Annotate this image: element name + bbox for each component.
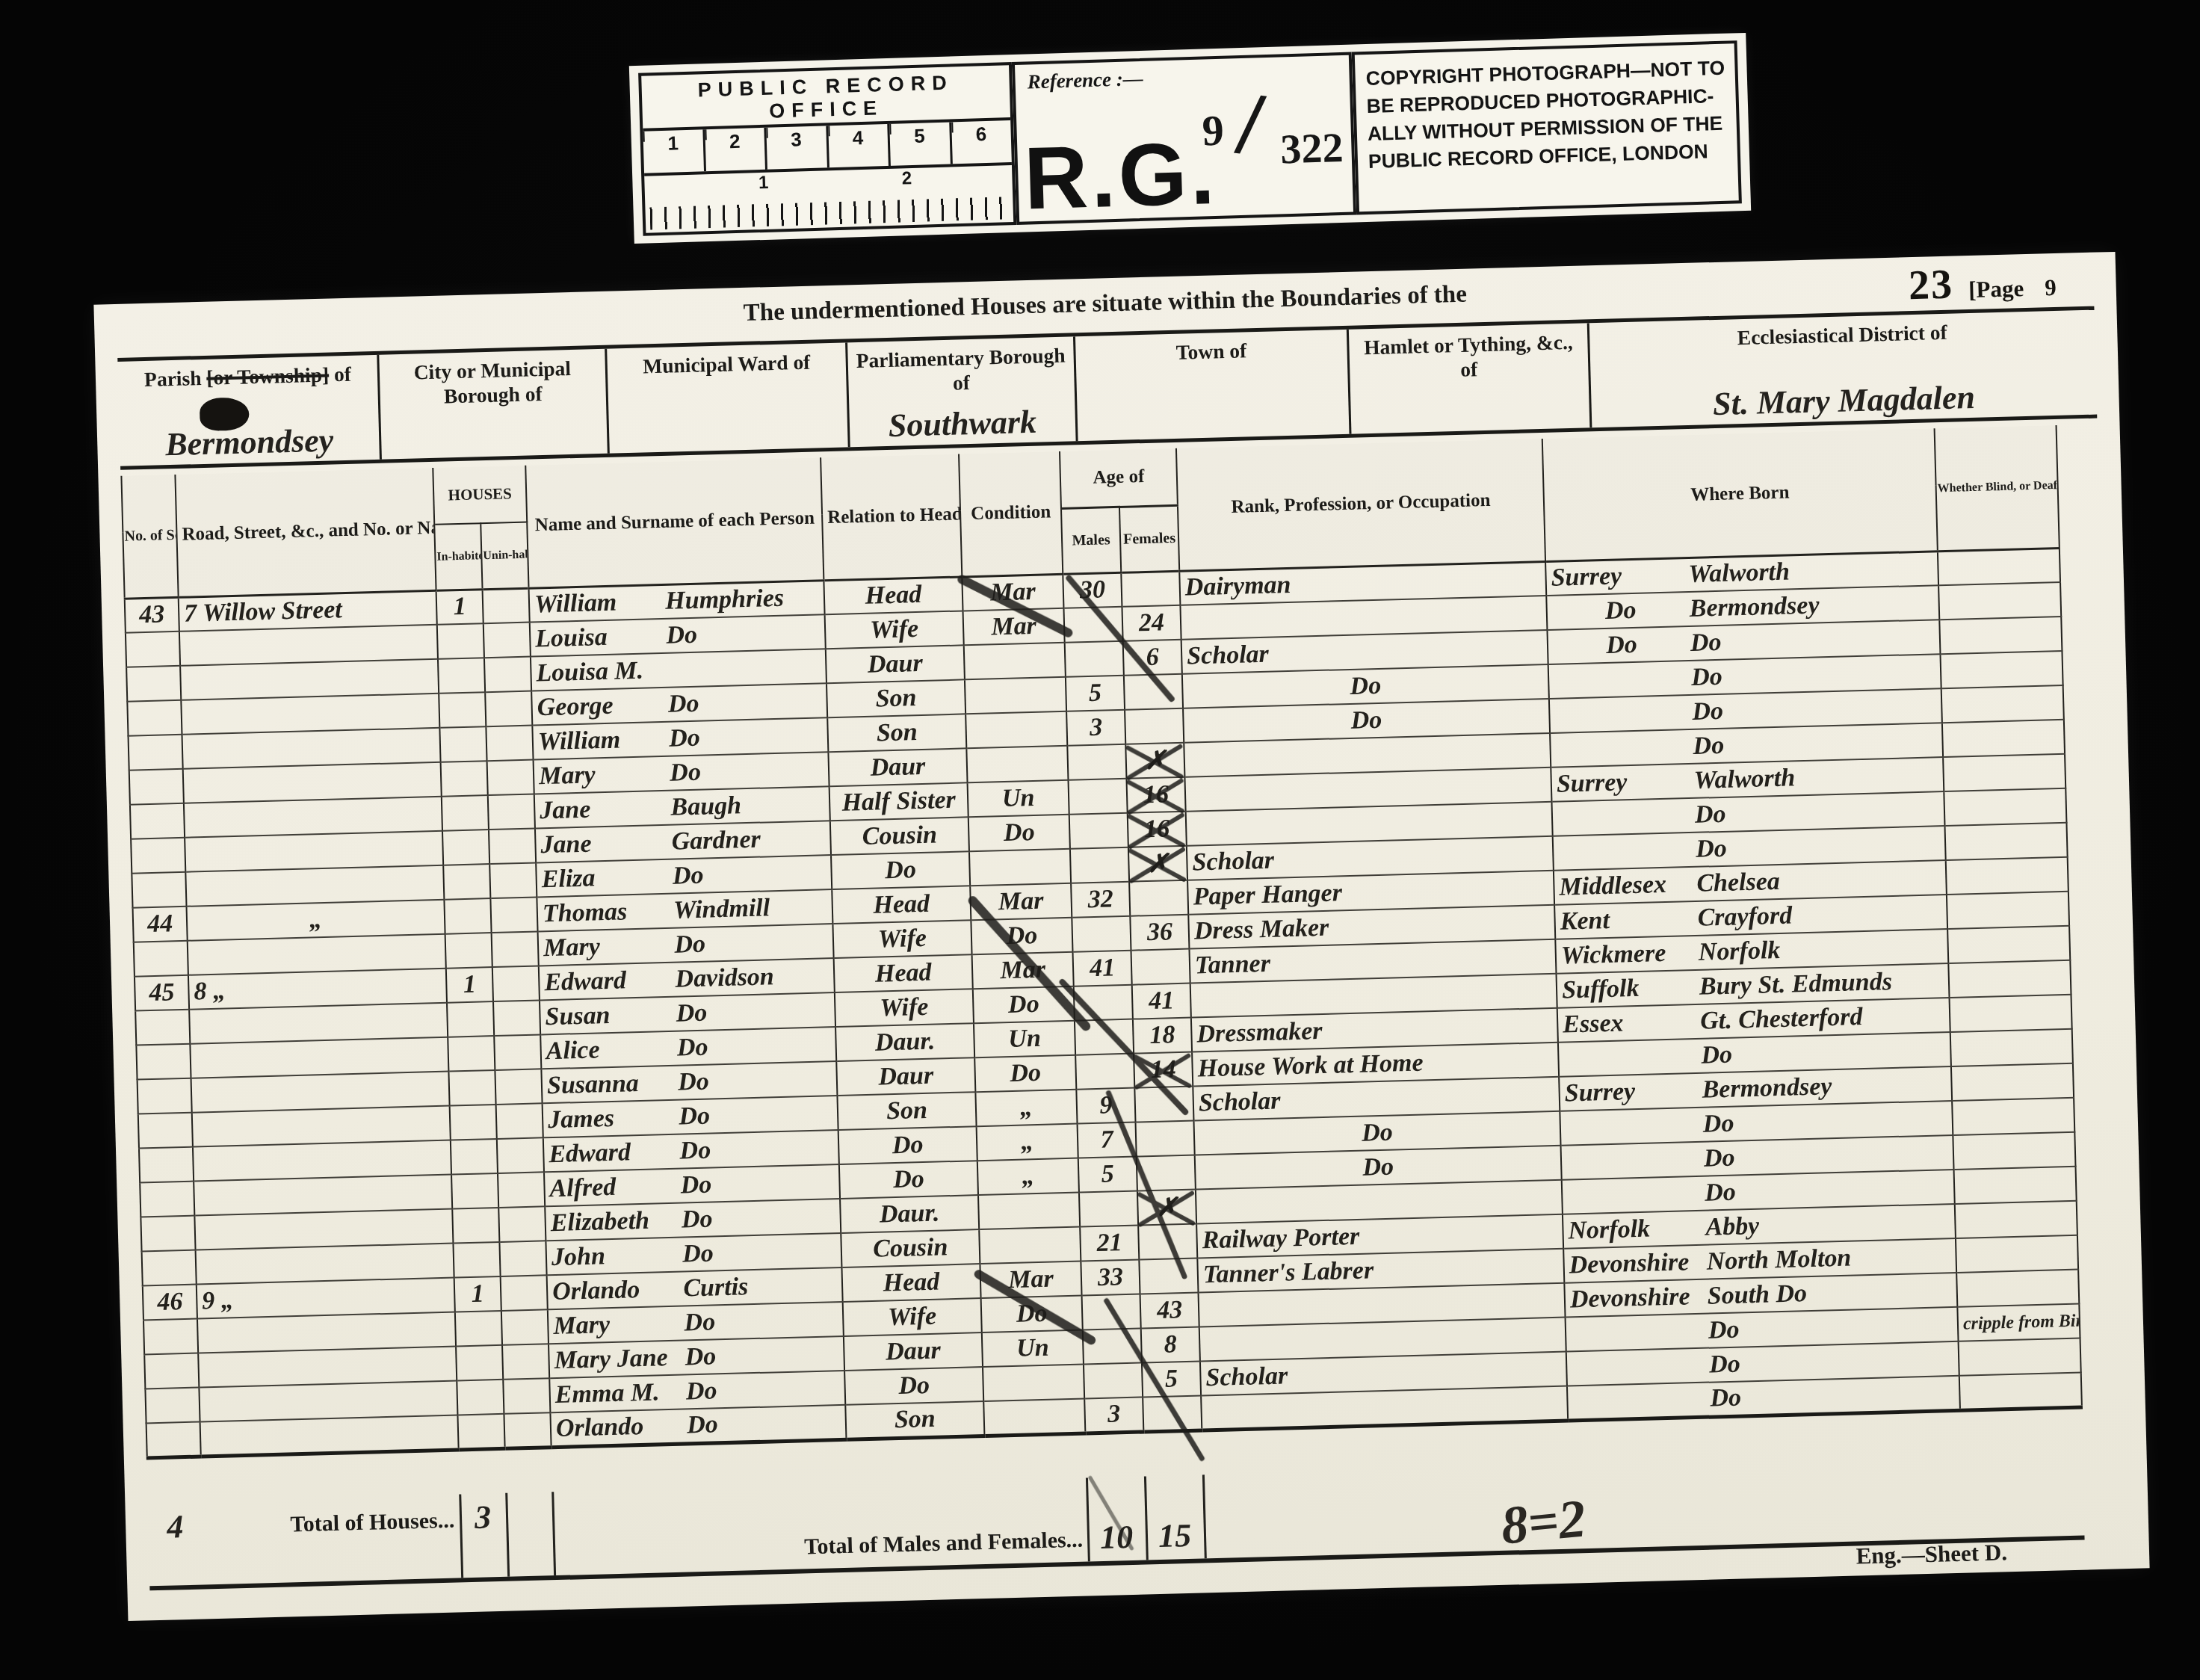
cell-age-female: [1134, 1087, 1193, 1122]
born-county: [1557, 823, 1695, 827]
region-value-handwritten: [382, 452, 608, 458]
cell-infirmity: [1944, 788, 2066, 826]
cell-uninhabited: [496, 1103, 543, 1139]
reference-piece: 9: [1202, 105, 1225, 156]
cell-relation: Daur.: [840, 1195, 979, 1233]
born-county: Wickmere: [1560, 939, 1699, 971]
cell-inhabited: [442, 830, 489, 865]
census-rows: 43 7 Willow Street 1 WilliamHumphries He…: [125, 548, 2082, 1457]
cell-condition: Do: [968, 815, 1070, 852]
born-county: [1559, 857, 1696, 861]
cell-age-male: 30: [1063, 572, 1122, 608]
cell-age-male: [1083, 1329, 1142, 1365]
cell-inhabited: [448, 1036, 495, 1072]
folio-numbers: 23 [Page 9: [1908, 258, 2057, 309]
born-place: Do: [1702, 1110, 1734, 1138]
region-label: Town of: [1075, 336, 1347, 367]
cell-uninhabited: [483, 623, 531, 658]
born-county: Surrey: [1564, 1076, 1702, 1108]
col-header-condition: Condition: [959, 451, 1063, 576]
col-header-schedule: No. of Schedule: [121, 475, 178, 599]
cell-infirmity: [1938, 548, 2060, 585]
born-place: Walworth: [1693, 764, 1795, 794]
cell-schedule: [126, 631, 180, 667]
cell-age-male: 5: [1066, 676, 1125, 711]
region-value-handwritten: Southwark: [849, 401, 1075, 445]
born-place: Bermondsey: [1702, 1072, 1832, 1104]
cell-age-female: 43: [1140, 1292, 1199, 1328]
cell-schedule: [140, 1216, 195, 1252]
cell-condition: Mar: [962, 574, 1063, 611]
census-table: No. of Schedule Road, Street, &c., and N…: [120, 425, 2083, 1460]
cell-schedule: [130, 803, 185, 839]
cell-uninhabited: [493, 1000, 540, 1036]
cell-condition: Un: [982, 1330, 1084, 1368]
cell-condition: [983, 1399, 1085, 1436]
ruler-number: 5: [889, 122, 952, 165]
name-given: Mary: [553, 1309, 685, 1341]
cell-age-female: [1143, 1395, 1202, 1431]
born-county: Norfolk: [1568, 1214, 1706, 1246]
cell-inhabited: 1: [436, 589, 483, 625]
cell-uninhabited: [489, 829, 536, 865]
cell-inhabited: [452, 1208, 499, 1244]
cell-schedule: [146, 1422, 201, 1458]
cell-schedule: [137, 1078, 192, 1114]
name-given: Louisa M.: [536, 656, 667, 688]
cell-condition: [983, 1365, 1084, 1402]
cell-condition: [964, 643, 1066, 680]
cell-uninhabited: [485, 691, 532, 727]
cell-inhabited: [451, 1173, 498, 1209]
cell-uninhabited: [501, 1275, 548, 1311]
total-females-handwritten: 15: [1145, 1516, 1204, 1555]
cell-age-male: 41: [1073, 951, 1132, 986]
cell-relation: Do: [844, 1367, 983, 1405]
cell-condition: Do: [973, 986, 1075, 1024]
born-county: Suffolk: [1562, 973, 1700, 1005]
born-county: Do: [1551, 595, 1690, 627]
cell-relation: Daur: [836, 1057, 975, 1096]
cell-age-female: [1121, 571, 1180, 607]
cell-age-male: 32: [1071, 882, 1130, 918]
cell-infirmity: [1941, 685, 2064, 723]
born-county: [1566, 1132, 1703, 1136]
born-place: Norfolk: [1698, 936, 1780, 966]
region-city-borough: City or Municipal Borough of: [379, 349, 610, 460]
born-place: North Molton: [1706, 1244, 1852, 1276]
cell-schedule: [136, 1044, 191, 1080]
name-surname: Do: [672, 862, 704, 890]
cell-age-female: [1139, 1258, 1198, 1294]
name-given: Susan: [545, 1000, 676, 1032]
name-given: Mary: [543, 931, 675, 963]
cell-infirmity: [1950, 1029, 2073, 1066]
cell-age-female: [1125, 708, 1184, 744]
cell-infirmity: [1946, 857, 2068, 895]
cell-uninhabited: [492, 966, 540, 1001]
col-header-age-group: Age of: [1060, 448, 1178, 508]
cell-condition: Mar: [980, 1261, 1081, 1299]
cell-age-female: [1137, 1155, 1196, 1191]
ruler-number: 2: [705, 128, 767, 171]
cell-age-male: [1075, 1054, 1134, 1090]
cell-condition: [965, 677, 1066, 714]
cell-name: OrlandoDo: [550, 1405, 846, 1447]
col-header-occupation: Rank, Profession, or Occupation: [1176, 439, 1545, 571]
name-given: Susanna: [546, 1069, 678, 1101]
name-given: Edward: [549, 1137, 680, 1170]
total-houses-value-handwritten: 3: [459, 1498, 506, 1537]
cell-condition: Mar: [963, 608, 1065, 646]
name-surname: Davidson: [675, 963, 774, 992]
cell-age-female: 5: [1142, 1361, 1201, 1397]
name-surname: Do: [680, 1170, 712, 1199]
cell-uninhabited: [486, 726, 533, 762]
name-given: Alice: [546, 1034, 677, 1066]
cell-infirmity: [1959, 1338, 2081, 1376]
name-surname: Do: [679, 1102, 711, 1131]
cell-inhabited: [457, 1380, 504, 1415]
name-surname: Humphries: [665, 584, 785, 615]
region-value-handwritten: [1351, 426, 1589, 432]
name-given: William: [537, 725, 669, 757]
cell-uninhabited: [501, 1309, 549, 1345]
cell-infirmity: [1938, 582, 2061, 620]
cell-relation: Son: [827, 714, 966, 752]
cell-inhabited: [439, 726, 486, 762]
name-surname: Do: [676, 1034, 708, 1062]
page-number: 9: [2045, 274, 2057, 300]
col-header-name: Name and Surname of each Person: [525, 457, 824, 587]
cell-schedule: [129, 735, 183, 770]
col-header-inhabited: In-habited: [434, 523, 482, 590]
born-county: [1568, 1201, 1705, 1205]
cell-condition: Un: [974, 1021, 1075, 1058]
cell-infirmity: [1950, 995, 2072, 1032]
ruler-scale-fine: 1 2: [644, 165, 1013, 233]
cell-uninhabited: [488, 794, 535, 830]
name-given: William: [534, 587, 666, 620]
cell-condition: Un: [968, 780, 1069, 818]
cell-age-male: [1063, 607, 1122, 643]
cell-condition: [965, 711, 1067, 749]
cell-condition: [966, 746, 1068, 783]
born-place: Do: [1705, 1179, 1737, 1207]
cell-age-female: 24: [1122, 605, 1181, 641]
cell-uninhabited: [498, 1206, 546, 1242]
cell-age-male: 5: [1078, 1157, 1137, 1193]
cell-condition: „: [977, 1124, 1078, 1161]
name-given: John: [551, 1241, 683, 1273]
cell-inhabited: [438, 658, 485, 694]
cell-schedule: [129, 769, 184, 805]
region-value-handwritten: St. Mary Magdalen: [1591, 375, 2097, 427]
born-place: Crayford: [1697, 902, 1792, 932]
cell-age-male: 3: [1084, 1397, 1143, 1433]
cell-condition: Do: [974, 1055, 1076, 1093]
cell-age-male: [1075, 1019, 1134, 1055]
name-given: James: [548, 1103, 679, 1135]
born-place: Gt. Chesterford: [1700, 1003, 1863, 1035]
born-county: [1564, 1063, 1702, 1067]
born-county: Kent: [1560, 904, 1698, 936]
cell-infirmity: [1955, 1201, 2077, 1238]
cell-inhabited: [442, 795, 489, 831]
cell-relation: Wife: [835, 989, 974, 1027]
cell-schedule: 44: [133, 907, 188, 942]
cell-age-male: [1069, 779, 1128, 815]
cell-age-male: [1079, 1191, 1138, 1227]
cell-age-female: [1138, 1224, 1197, 1260]
cell-relation: Head: [841, 1264, 980, 1302]
cell-age-female: 16: [1128, 812, 1187, 847]
cell-uninhabited: [487, 760, 534, 796]
born-place: Do: [1695, 800, 1727, 829]
cell-infirmity: [1956, 1270, 2079, 1307]
cell-uninhabited: [497, 1137, 544, 1173]
cell-uninhabited: [504, 1412, 551, 1448]
region-label: Hamlet or Tything, &c., of: [1349, 329, 1589, 384]
cell-age-female: [1124, 674, 1183, 710]
cell-inhabited: [444, 898, 491, 934]
cell-age-male: [1065, 641, 1124, 677]
born-place: Bermondsey: [1689, 591, 1820, 623]
name-surname: Windmill: [673, 894, 770, 924]
cell-inhabited: [447, 1001, 494, 1037]
region-value-handwritten: [1078, 433, 1350, 440]
cell-schedule: [144, 1353, 199, 1389]
cell-relation: Son: [837, 1092, 976, 1130]
cell-age-male: 33: [1081, 1260, 1140, 1296]
cell-infirmity: [1945, 823, 2068, 860]
region-value-handwritten: Bermondsey: [120, 420, 380, 465]
cell-uninhabited: [503, 1378, 550, 1414]
cell-relation: Daur: [844, 1332, 983, 1371]
born-place: Do: [1692, 697, 1724, 726]
name-given: Mary: [539, 759, 670, 791]
cell-infirmity: [1942, 720, 2065, 757]
cell-age-female: 6: [1123, 640, 1182, 676]
cell-age-male: 3: [1066, 710, 1125, 746]
ruler-number: 4: [828, 124, 891, 167]
born-county: Do: [1553, 629, 1691, 661]
name-surname: Do: [679, 1136, 711, 1164]
cell-age-female: [1129, 880, 1188, 916]
cell-age-female: 14: [1134, 1052, 1193, 1088]
cell-infirmity: [1951, 1063, 2074, 1101]
cell-relation: Half Sister: [829, 782, 968, 821]
col-header-females: Females: [1119, 505, 1179, 572]
born-county: [1572, 1373, 1710, 1377]
cell-uninhabited: [498, 1172, 545, 1208]
cell-age-male: [1084, 1362, 1143, 1398]
reference-series: R.G.: [1023, 129, 1219, 223]
totals-band: 4 Total of Houses... 3 Total of Males an…: [147, 1452, 2084, 1591]
name-given: Alfred: [549, 1172, 681, 1204]
cell-schedule: 45: [135, 975, 189, 1011]
region-label: Parish [or Township] of: [118, 361, 378, 392]
born-county: [1556, 754, 1693, 758]
cell-uninhabited: [490, 897, 537, 933]
name-surname: Do: [678, 1068, 710, 1096]
cell-condition: [978, 1193, 1080, 1230]
ruler-number: 2: [901, 168, 912, 189]
region-label: City or Municipal Borough of: [379, 355, 606, 410]
born-place: Do: [1701, 1041, 1733, 1069]
total-houses-label: Total of Houses...: [200, 1508, 455, 1540]
name-surname: Do: [684, 1308, 716, 1336]
cell-inhabited: [456, 1345, 503, 1381]
cell-relation: Daur: [826, 645, 965, 683]
cell-uninhabited: [489, 862, 537, 898]
cell-relation: Do: [831, 851, 970, 889]
cell-inhabited: [443, 864, 490, 900]
cell-infirmity: [1947, 892, 2069, 929]
pro-ruler-box: PUBLIC RECORD OFFICE 1 2 3 4 5 6 1 2: [638, 62, 1016, 236]
cell-relation: Do: [839, 1161, 978, 1199]
cell-age-female: ✗: [1137, 1190, 1196, 1226]
cell-inhabited: [451, 1139, 498, 1175]
name-given: Orlando: [556, 1412, 687, 1444]
region-municipal-ward: Municipal Ward of: [607, 342, 850, 453]
name-given: Elizabeth: [550, 1206, 682, 1238]
col-header-uninhabited: Unin-habited (U.), or Building (B.): [481, 522, 528, 590]
reference-label: Reference :—: [1027, 67, 1143, 94]
name-given: Thomas: [542, 897, 673, 929]
cell-age-male: [1070, 847, 1129, 883]
cell-uninhabited: [495, 1069, 542, 1105]
col-header-born: Where Born: [1542, 428, 1938, 561]
name-given: Jane: [540, 828, 672, 860]
cell-condition: „: [977, 1158, 1079, 1196]
name-surname: Do: [667, 690, 699, 718]
cell-relation: Head: [832, 886, 971, 924]
born-county: Surrey: [1551, 560, 1689, 593]
region-label: Municipal Ward of: [607, 348, 846, 379]
name-given: George: [537, 691, 668, 723]
born-place: Chelsea: [1696, 868, 1780, 898]
region-label: Ecclesiastical District of: [1589, 316, 2095, 354]
cell-schedule: [135, 1010, 190, 1046]
pro-reference-stamp: PUBLIC RECORD OFFICE 1 2 3 4 5 6 1 2 Ref…: [629, 33, 1751, 244]
cell-relation: Do: [838, 1126, 977, 1164]
region-town: Town of: [1075, 330, 1352, 442]
cell-schedule: [145, 1388, 200, 1424]
name-given: Edward: [544, 966, 676, 998]
cell-age-female: ✗: [1128, 846, 1187, 882]
cell-schedule: [127, 700, 182, 736]
name-surname: Do: [676, 999, 708, 1028]
cell-condition: [969, 849, 1071, 886]
folio-number: 23: [1908, 262, 1954, 309]
reference-slash: /: [1233, 78, 1267, 170]
cell-relation: Cousin: [841, 1229, 980, 1267]
cell-inhabited: [441, 761, 488, 797]
cell-relation: Son: [845, 1401, 984, 1439]
cell-condition: [979, 1227, 1081, 1264]
ruler-number: 1: [643, 129, 705, 173]
region-parish: Parish [or Township] of Bermondsey: [117, 355, 382, 466]
name-surname: Do: [682, 1205, 714, 1233]
cell-age-male: 7: [1078, 1122, 1137, 1158]
born-place: South Do: [1707, 1279, 1807, 1309]
region-hamlet: Hamlet or Tything, &c., of: [1349, 323, 1592, 433]
cell-relation: Cousin: [830, 817, 969, 855]
name-given: Mary Jane: [554, 1343, 685, 1375]
cell-condition: Do: [981, 1296, 1083, 1333]
born-place: Do: [1691, 663, 1723, 691]
born-place: Do: [1704, 1144, 1736, 1173]
cell-uninhabited: [502, 1344, 549, 1380]
cell-inhabited: [437, 623, 484, 659]
name-surname: Do: [685, 1342, 717, 1371]
cell-age-male: [1074, 985, 1133, 1021]
born-place: Do: [1708, 1316, 1740, 1344]
cell-age-female: [1131, 949, 1190, 985]
cell-schedule: [142, 1250, 197, 1286]
column-rule: [551, 1492, 555, 1575]
name-surname: Do: [682, 1239, 714, 1267]
cell-condition: Do: [971, 918, 1072, 955]
cell-age-male: [1072, 916, 1131, 952]
region-parliamentary-borough: Parliamentary Borough of Southwark: [847, 336, 1078, 447]
cell-infirmity: [1953, 1132, 2075, 1170]
cell-inhabited: [450, 1105, 497, 1140]
col-header-relation: Relation to Head of Family: [821, 454, 962, 580]
name-given: Emma M.: [554, 1377, 686, 1409]
cell-inhabited: [445, 933, 492, 969]
cell-infirmity: [1943, 754, 2065, 791]
cell-address: [200, 1415, 459, 1456]
sheet-imprint: Eng.—Sheet D.: [1856, 1539, 2007, 1569]
cell-relation: Daur: [828, 748, 967, 786]
name-surname: Do: [687, 1411, 719, 1439]
ruler-number: 6: [951, 120, 1012, 164]
cell-age-female: 8: [1141, 1327, 1200, 1362]
name-given: Eliza: [541, 862, 673, 895]
pro-reference-box: Reference :— R.G. 9 / 322: [1012, 52, 1356, 225]
cell-schedule: [132, 872, 186, 908]
cell-schedule: 43: [125, 597, 179, 633]
cell-age-male: 21: [1080, 1226, 1139, 1261]
name-surname: Do: [670, 759, 702, 787]
name-given: Orlando: [552, 1275, 684, 1307]
cell-schedule: [143, 1319, 198, 1355]
col-header-houses-group: HOUSES: [433, 466, 527, 525]
cell-schedule: [131, 838, 185, 874]
schedule-total-handwritten: 4: [148, 1507, 203, 1546]
name-surname: Do: [686, 1377, 718, 1405]
cell-relation: Head: [834, 954, 973, 992]
page-bracket: [Page: [1968, 275, 2024, 303]
cell-condition: Mar: [970, 883, 1072, 921]
cell-inhabited: [457, 1414, 504, 1450]
name-surname: Gardner: [671, 826, 761, 856]
cell-age-male: [1082, 1294, 1141, 1330]
cell-relation: Wife: [825, 611, 964, 649]
reference-item: 322: [1280, 124, 1344, 173]
col-header-males: Males: [1061, 507, 1121, 574]
born-county: Devonshire: [1569, 1248, 1707, 1280]
cell-infirmity: [1947, 926, 2070, 963]
cell-inhabited: [439, 692, 486, 728]
cell-schedule: [139, 1147, 194, 1183]
born-county: [1554, 685, 1692, 689]
cell-schedule: [134, 941, 188, 977]
born-county: [1571, 1338, 1708, 1342]
name-surname: Curtis: [683, 1273, 749, 1302]
